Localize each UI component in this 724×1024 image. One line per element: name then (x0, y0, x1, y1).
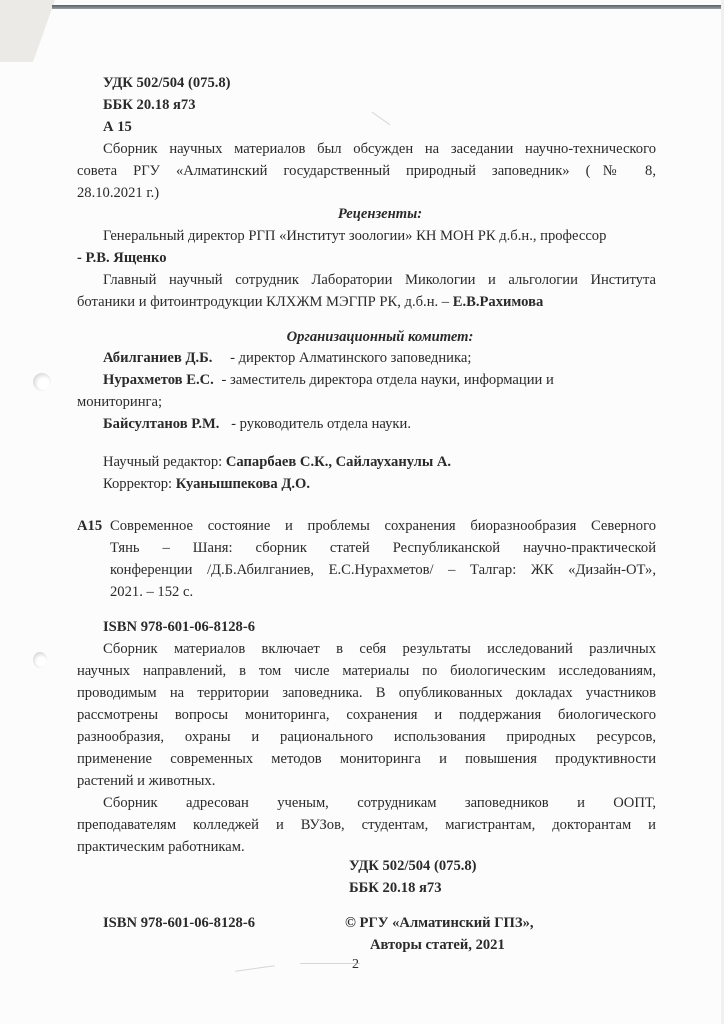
copyright-line: © РГУ «Алматинский ГПЗ», (345, 913, 534, 933)
abstract-text: применение современных методов мониторин… (77, 749, 656, 769)
copyright-line: Авторы статей, 2021 (370, 935, 505, 955)
reviewer-name: - Р.В. Ященко (77, 248, 167, 268)
audience-text: преподавателям колледжей и ВУЗов, студен… (77, 815, 656, 835)
bbk-code: ББК 20.18 я73 (103, 95, 196, 115)
audience-text: Сборник адресован ученым, сотрудникам за… (103, 793, 656, 813)
reviewer-text: Главный научный сотрудник Лаборатории Ми… (103, 270, 656, 290)
approval-text: Сборник научных материалов был обсужден … (103, 139, 656, 159)
reviewer-text: ботаники и фитоинтродукции КЛХЖМ МЭГПР Р… (77, 292, 543, 312)
udk-code: УДК 502/504 (075.8) (103, 73, 231, 93)
reviewer-affiliation: ботаники и фитоинтродукции КЛХЖМ МЭГПР Р… (77, 294, 453, 310)
footer-bbk: ББК 20.18 я73 (349, 878, 442, 898)
catalog-text: Современное состояние и проблемы сохране… (110, 516, 656, 536)
committee-member: Абилганиев Д.Б. - директор Алматинского … (103, 348, 471, 368)
abstract-text: разнообразия, охраны и рационального исп… (77, 727, 656, 747)
document-page: УДК 502/504 (075.8) ББК 20.18 я73 А 15 С… (0, 0, 724, 1024)
abstract-text: рассмотрены вопросы мониторинга, сохране… (77, 705, 656, 725)
scientific-editor: Научный редактор: Сапарбаев С.К., Сайлау… (103, 452, 451, 472)
abstract-text: растений и животных. (77, 771, 215, 791)
member-role: - руководитель отдела науки. (231, 416, 411, 432)
footer-isbn: ISBN 978-601-06-8128-6 (103, 913, 255, 933)
reviewer-name: Е.В.Рахимова (453, 294, 544, 310)
member-role: мониторинга; (77, 392, 162, 412)
corrector-label: Корректор: (103, 476, 176, 492)
footer-udk: УДК 502/504 (075.8) (349, 856, 477, 876)
member-role: - директор Алматинского заповедника; (230, 350, 471, 366)
page-number: 2 (352, 955, 359, 975)
approval-text: 28.10.2021 г.) (77, 183, 159, 203)
committee-member: Нурахметов Е.С. - заместитель директора … (103, 370, 554, 390)
corrector-name: Куанышпекова Д.О. (176, 476, 310, 492)
abstract-text: Сборник материалов включает в себя резул… (103, 639, 656, 659)
audience-text: практическим работникам. (77, 837, 245, 857)
scan-artifact (235, 965, 275, 972)
catalog-text: конференции /Д.Б.Абилганиев, Е.С.Нурахме… (110, 560, 656, 580)
member-name: Байсултанов Р.М. (103, 416, 219, 432)
isbn: ISBN 978-601-06-8128-6 (103, 617, 255, 637)
catalog-text: Тянь – Шаня: сборник статей Республиканс… (110, 538, 656, 558)
corrector: Корректор: Куанышпекова Д.О. (103, 474, 310, 494)
member-name: Абилганиев Д.Б. (103, 350, 212, 366)
abstract-text: научных направлений, в том числе материа… (77, 661, 656, 681)
scan-artifact (372, 112, 391, 125)
author-mark: А 15 (103, 117, 132, 137)
abstract-text: проводимым на территории заповедника. В … (77, 683, 656, 703)
approval-text: совета РГУ «Алматинский государственный … (77, 161, 656, 181)
member-role: - заместитель директора отдела науки, ин… (221, 372, 553, 388)
catalog-code: А15 (77, 516, 102, 536)
committee-title: Организационный комитет: (90, 327, 670, 347)
scan-artifact (300, 963, 360, 964)
reviewers-title: Рецензенты: (90, 204, 670, 224)
editor-label: Научный редактор: (103, 454, 226, 470)
committee-member: Байсултанов Р.М. - руководитель отдела н… (103, 414, 411, 434)
editor-names: Сапарбаев С.К., Сайлауханулы А. (226, 454, 451, 470)
member-name: Нурахметов Е.С. (103, 372, 214, 388)
reviewer-text: Генеральный директор РГП «Институт зооло… (103, 226, 606, 246)
catalog-text: 2021. – 152 с. (110, 582, 193, 602)
